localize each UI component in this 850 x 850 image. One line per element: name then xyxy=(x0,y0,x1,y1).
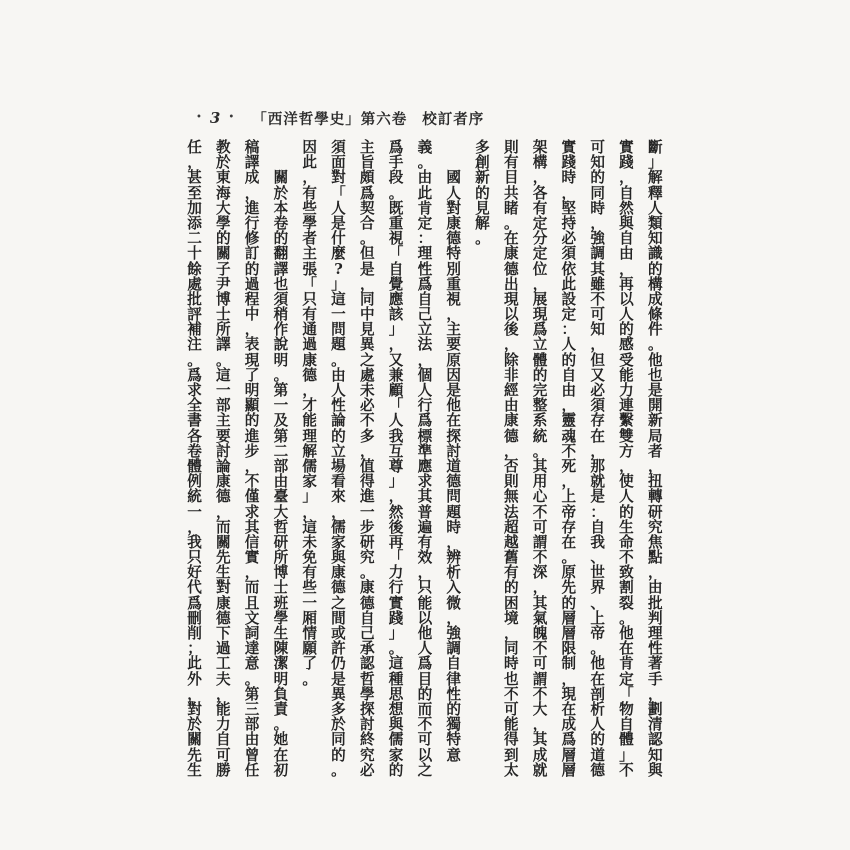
char-cell: 譯 xyxy=(216,337,231,352)
char-cell: 論 xyxy=(331,413,346,428)
char-cell: 於 xyxy=(331,717,346,732)
char-cell: 知 xyxy=(590,322,605,337)
char-cell: 顧 xyxy=(389,383,404,398)
char-cell: 書 xyxy=(187,413,202,428)
char-cell: 家 xyxy=(302,474,317,489)
char-cell: 的 xyxy=(389,763,404,778)
char-cell: 。 xyxy=(245,672,260,687)
text-column: 則有目共睹。在康德出現以後，除非經由康德，否則無法超越舊有的困境，同時也不可能得… xyxy=(504,140,519,778)
char-cell: 自 xyxy=(216,732,231,747)
char-cell: 關 xyxy=(216,246,231,261)
char-cell: 類 xyxy=(648,216,663,231)
char-cell: 明 xyxy=(273,353,288,368)
char-cell: 由 xyxy=(245,732,260,747)
char-cell: 削 xyxy=(187,626,202,641)
char-cell: 定 xyxy=(533,216,548,231)
char-cell: 學 xyxy=(216,216,231,231)
running-header: • 3 • 「西洋哲學史」第六卷 校訂者序 xyxy=(188,108,484,128)
char-cell: 人 xyxy=(561,337,576,352)
char-cell: 他 xyxy=(590,656,605,671)
char-cell: 他 xyxy=(417,626,432,641)
char-cell: 原 xyxy=(561,565,576,580)
char-cell: 層 xyxy=(561,748,576,763)
char-cell: ， xyxy=(216,687,231,702)
char-cell: 說 xyxy=(273,337,288,352)
char-cell: 強 xyxy=(590,231,605,246)
char-cell: 海 xyxy=(216,186,231,201)
header-dot-icon: • xyxy=(196,108,202,128)
char-cell: 論 xyxy=(216,459,231,474)
char-cell: 的 xyxy=(216,231,231,246)
char-cell: 也 xyxy=(273,277,288,292)
char-cell: 想 xyxy=(389,702,404,717)
char-cell: 的 xyxy=(561,596,576,611)
char-cell: 各 xyxy=(187,429,202,444)
char-cell: 體 xyxy=(619,732,634,747)
char-cell: 德 xyxy=(331,580,346,595)
char-cell: 譯 xyxy=(273,262,288,277)
char-cell: 卷 xyxy=(187,444,202,459)
char-cell: 其 xyxy=(417,489,432,504)
char-cell: 是 xyxy=(331,216,346,231)
char-cell: 有 xyxy=(533,201,548,216)
char-cell: 對 xyxy=(216,580,231,595)
char-cell: 應 xyxy=(417,459,432,474)
char-cell: 於 xyxy=(187,717,202,732)
char-cell: 子 xyxy=(216,262,231,277)
char-cell: 不 xyxy=(533,505,548,520)
char-cell: 兼 xyxy=(389,368,404,383)
char-cell: 我 xyxy=(590,535,605,550)
char-cell: ， xyxy=(417,353,432,368)
char-cell: 對 xyxy=(331,170,346,185)
char-cell: 謂 xyxy=(533,535,548,550)
char-cell: 時 xyxy=(504,656,519,671)
char-cell: 任 xyxy=(245,763,260,778)
char-cell: 責 xyxy=(273,702,288,717)
char-cell: 入 xyxy=(446,580,461,595)
char-cell: 法 xyxy=(504,505,519,520)
char-cell: ， xyxy=(446,535,461,550)
char-cell: 關 xyxy=(216,535,231,550)
char-cell: 見 xyxy=(475,201,490,216)
text-column: 實踐，自然與自由，再以人的感受能力連繫雙方，使人的生命不致割裂。他在肯定「物自體… xyxy=(619,140,634,778)
char-cell: 非 xyxy=(504,368,519,383)
char-cell: 轉 xyxy=(648,489,663,504)
char-cell: 求 xyxy=(245,505,260,520)
char-cell: 教 xyxy=(216,140,231,155)
char-cell: 謂 xyxy=(533,672,548,687)
char-cell: 生 xyxy=(187,763,202,778)
char-cell: 訂 xyxy=(245,246,260,261)
char-cell: 己 xyxy=(417,307,432,322)
char-cell: 來 xyxy=(331,489,346,504)
char-cell: 理 xyxy=(648,626,663,641)
char-cell: 又 xyxy=(389,353,404,368)
char-cell: 討 xyxy=(446,444,461,459)
char-cell: 要 xyxy=(216,429,231,444)
char-cell: 」 xyxy=(302,489,317,504)
char-cell: 自 xyxy=(619,231,634,246)
char-cell: 因 xyxy=(446,368,461,383)
char-cell: 以 xyxy=(504,307,519,322)
char-cell: 東 xyxy=(216,170,231,185)
char-cell: 太 xyxy=(504,763,519,778)
char-cell: 了 xyxy=(245,368,260,383)
char-cell: 部 xyxy=(245,717,260,732)
char-cell: 些 xyxy=(302,580,317,595)
book-page: • 3 • 「西洋哲學史」第六卷 校訂者序 斷」解釋人類知識的構成條件。他也是開… xyxy=(0,0,850,850)
char-cell: 只 xyxy=(417,580,432,595)
char-cell: ， xyxy=(389,489,404,504)
char-cell: ， xyxy=(187,687,202,702)
char-cell: 雖 xyxy=(590,277,605,292)
char-cell: 界 xyxy=(590,580,605,595)
char-cell: 大 xyxy=(216,201,231,216)
char-cell: 究 xyxy=(648,520,663,535)
char-cell: 以 xyxy=(417,748,432,763)
char-cell: ， xyxy=(417,565,432,580)
char-cell: ， xyxy=(533,277,548,292)
char-cell: 曾 xyxy=(245,748,260,763)
char-cell: 「 xyxy=(389,550,404,565)
char-cell: 爲 xyxy=(561,732,576,747)
char-cell: 其 xyxy=(245,520,260,535)
char-cell: 但 xyxy=(590,353,605,368)
char-cell: 人 xyxy=(331,201,346,216)
char-cell: 步 xyxy=(360,520,375,535)
char-cell: 關 xyxy=(187,732,202,747)
text-column: 實踐時，堅持必須依此設定：人的自由，靈魂不死，上帝存在。原先的層層限制，現在成爲… xyxy=(561,140,576,778)
char-cell: 不 xyxy=(504,687,519,702)
char-cell: 就 xyxy=(533,763,548,778)
char-cell: 互 xyxy=(389,444,404,459)
char-cell: 現 xyxy=(561,687,576,702)
char-cell: 對 xyxy=(187,702,202,717)
char-cell: 的 xyxy=(590,732,605,747)
char-cell: 生 xyxy=(216,565,231,580)
char-cell: 儒 xyxy=(389,732,404,747)
char-cell: 的 xyxy=(590,170,605,185)
char-cell: 一 xyxy=(302,596,317,611)
char-cell: 探 xyxy=(446,429,461,444)
char-cell: 學 xyxy=(360,687,375,702)
char-cell: 「 xyxy=(302,277,317,292)
char-cell: 家 xyxy=(331,535,346,550)
char-cell: 成 xyxy=(245,170,260,185)
char-cell: 自 xyxy=(417,292,432,307)
char-cell: 中 xyxy=(360,307,375,322)
char-cell: 厢 xyxy=(302,611,317,626)
char-cell: 行 xyxy=(245,216,260,231)
char-cell: 的 xyxy=(331,429,346,444)
char-cell: 未 xyxy=(302,535,317,550)
char-cell: 成 xyxy=(648,292,663,307)
char-cell: 我 xyxy=(389,429,404,444)
text-column: 爲手段。既重視「自覺應該」，又兼顧「人我互尊」，然後再「力行實踐」。這種思想與儒… xyxy=(389,140,404,778)
char-cell: 仍 xyxy=(331,656,346,671)
char-cell: 道 xyxy=(590,748,605,763)
char-cell: 位 xyxy=(533,262,548,277)
char-cell: ， xyxy=(619,170,634,185)
char-cell: 出 xyxy=(504,277,519,292)
char-cell: 判 xyxy=(648,611,663,626)
char-cell: 雙 xyxy=(619,429,634,444)
char-cell: 潔 xyxy=(273,656,288,671)
char-cell: 注 xyxy=(187,337,202,352)
char-cell: 不 xyxy=(561,444,576,459)
char-cell: 方 xyxy=(619,444,634,459)
char-cell: 臺 xyxy=(273,489,288,504)
char-cell: 展 xyxy=(533,292,548,307)
char-cell: 批 xyxy=(648,596,663,611)
char-cell: 靈 xyxy=(561,413,576,428)
char-cell: ， xyxy=(648,687,663,702)
text-column: 多創新的見解。 xyxy=(475,140,490,778)
char-cell: 準 xyxy=(417,444,432,459)
char-cell: 特 xyxy=(446,246,461,261)
char-cell: 其 xyxy=(533,596,548,611)
char-cell: 義 xyxy=(417,140,432,155)
char-cell: 能 xyxy=(619,368,634,383)
char-cell: 契 xyxy=(360,201,375,216)
char-cell: 「 xyxy=(331,186,346,201)
char-cell: 哲 xyxy=(360,672,375,687)
char-cell: 此 xyxy=(302,155,317,170)
char-cell: 德 xyxy=(360,596,375,611)
char-cell: 了 xyxy=(302,656,317,671)
char-cell: 代 xyxy=(187,580,202,595)
char-cell: 體 xyxy=(187,459,202,474)
char-cell: 未 xyxy=(360,383,375,398)
char-cell: 自 xyxy=(389,262,404,277)
char-cell: 探 xyxy=(360,702,375,717)
char-cell: ， xyxy=(504,337,519,352)
char-cell: 見 xyxy=(360,322,375,337)
text-column: 稿譯成，進行修訂的過程中，表現了明顯的進步，不僅求其信實，而且文詞達意。第三部由… xyxy=(245,140,260,778)
char-cell: 。 xyxy=(302,672,317,687)
char-cell: 然 xyxy=(389,505,404,520)
char-cell: ， xyxy=(590,337,605,352)
char-cell: 魂 xyxy=(561,429,576,444)
char-cell: 限 xyxy=(561,641,576,656)
char-cell: 在 xyxy=(619,641,634,656)
text-column: 義。由此肯定：理性爲自己立法，個人行爲標準應求其普遍有效，只能以他人爲目的而不可… xyxy=(417,140,432,778)
char-cell: 卷 xyxy=(273,216,288,231)
char-cell: 評 xyxy=(187,307,202,322)
char-cell: 是 xyxy=(360,262,375,277)
char-cell: 此 xyxy=(187,656,202,671)
char-cell: ： xyxy=(590,505,605,520)
char-cell: 之 xyxy=(331,596,346,611)
char-cell: 與 xyxy=(331,550,346,565)
char-cell: 。 xyxy=(561,550,576,565)
char-cell: 不 xyxy=(590,292,605,307)
char-cell: 班 xyxy=(273,596,288,611)
char-cell: 這 xyxy=(389,656,404,671)
char-cell: 共 xyxy=(504,186,519,201)
char-cell: 值 xyxy=(360,459,375,474)
char-cell: 立 xyxy=(533,337,548,352)
char-cell: 實 xyxy=(245,550,260,565)
char-cell: 堅 xyxy=(561,201,576,216)
char-cell: 的 xyxy=(245,262,260,277)
char-cell: 題 xyxy=(331,337,346,352)
char-cell: 進 xyxy=(360,489,375,504)
char-cell: 人 xyxy=(417,383,432,398)
char-cell: 陳 xyxy=(273,641,288,656)
char-cell: 三 xyxy=(245,702,260,717)
char-cell: 超 xyxy=(504,520,519,535)
char-cell: 法 xyxy=(417,337,432,352)
char-cell: 餘 xyxy=(187,262,202,277)
char-cell: 合 xyxy=(360,216,375,231)
char-cell: 於 xyxy=(273,186,288,201)
text-column: 斷」解釋人類知識的構成條件。他也是開新局者，扭轉研究焦點，由批判理性著手，劃清認… xyxy=(648,140,663,778)
char-cell: 調 xyxy=(590,246,605,261)
char-cell: ， xyxy=(245,186,260,201)
char-cell: 劃 xyxy=(648,702,663,717)
char-cell: 研 xyxy=(360,535,375,550)
char-cell: 稍 xyxy=(273,307,288,322)
char-cell: 其 xyxy=(533,459,548,474)
char-cell: 至 xyxy=(187,186,202,201)
char-cell: ， xyxy=(648,565,663,580)
text-column: 國人對康德特別重視，主要原因是他在探討道德問題時，辨析入微，強調自律性的獨特意 xyxy=(446,140,461,778)
text-column: 任，甚至加添二十餘處批評補注。爲求全書各卷體例統一，我只好代爲刪削；此外，對於關… xyxy=(187,140,202,778)
char-cell: 立 xyxy=(417,322,432,337)
char-cell: 覺 xyxy=(389,277,404,292)
char-cell: 統 xyxy=(533,429,548,444)
char-cell: 些 xyxy=(302,201,317,216)
char-cell: 種 xyxy=(389,672,404,687)
char-cell: 爲 xyxy=(417,413,432,428)
char-cell: 普 xyxy=(417,505,432,520)
char-cell: 德 xyxy=(446,474,461,489)
char-cell: 現 xyxy=(504,292,519,307)
char-cell: 系 xyxy=(533,413,548,428)
char-cell: 德 xyxy=(216,611,231,626)
char-cell: 哲 xyxy=(273,520,288,535)
char-cell: 的 xyxy=(619,505,634,520)
char-cell: 定 xyxy=(619,672,634,687)
char-cell: 應 xyxy=(389,292,404,307)
char-cell: 必 xyxy=(561,231,576,246)
char-cell: 康 xyxy=(446,216,461,231)
char-cell: ， xyxy=(446,307,461,322)
char-cell: 上 xyxy=(590,611,605,626)
char-cell: 必 xyxy=(590,383,605,398)
char-cell: ， xyxy=(360,444,375,459)
char-cell: 康 xyxy=(504,246,519,261)
char-cell: 。 xyxy=(533,444,548,459)
char-cell: 研 xyxy=(273,535,288,550)
char-cell: 物 xyxy=(619,702,634,717)
char-cell: 己 xyxy=(360,626,375,641)
char-cell: 可 xyxy=(533,520,548,535)
char-cell: 能 xyxy=(216,702,231,717)
char-cell: 博 xyxy=(216,292,231,307)
char-cell: 而 xyxy=(216,520,231,535)
char-cell: 由 xyxy=(417,170,432,185)
char-cell: 處 xyxy=(360,368,375,383)
char-cell: 多 xyxy=(331,702,346,717)
char-cell: 困 xyxy=(504,596,519,611)
char-cell: 有 xyxy=(504,155,519,170)
char-cell: 求 xyxy=(417,474,432,489)
char-cell: 或 xyxy=(331,626,346,641)
char-cell: 頗 xyxy=(360,170,375,185)
char-cell: ， xyxy=(561,474,576,489)
char-cell: 魄 xyxy=(533,626,548,641)
char-cell: 構 xyxy=(648,277,663,292)
char-cell: ， xyxy=(446,611,461,626)
text-column: 教於東海大學的關子尹博士所譯。這一部主要討論康德，而關先生對康德下過工夫，能力自… xyxy=(216,140,231,778)
char-cell: 經 xyxy=(504,383,519,398)
char-cell: 的 xyxy=(648,262,663,277)
char-cell: 須 xyxy=(273,292,288,307)
char-cell: 的 xyxy=(504,580,519,595)
char-cell: 「 xyxy=(619,687,634,702)
char-cell: 時 xyxy=(590,201,605,216)
char-cell: 士 xyxy=(216,307,231,322)
char-cell: 德 xyxy=(590,763,605,778)
char-cell: 踐 xyxy=(561,155,576,170)
char-cell: 同 xyxy=(331,732,346,747)
char-cell: 那 xyxy=(590,459,605,474)
char-cell: ； xyxy=(187,641,202,656)
char-cell: ， xyxy=(302,505,317,520)
char-cell: 步 xyxy=(245,444,260,459)
char-cell: 在 xyxy=(273,748,288,763)
char-cell: 可 xyxy=(216,748,231,763)
char-cell: 微 xyxy=(446,596,461,611)
char-cell: 十 xyxy=(187,246,202,261)
char-cell: 明 xyxy=(273,672,288,687)
char-cell: ， xyxy=(245,565,260,580)
char-cell: 該 xyxy=(389,307,404,322)
char-cell: 此 xyxy=(417,186,432,201)
char-cell: 是 xyxy=(446,383,461,398)
char-cell: 自 xyxy=(561,368,576,383)
char-cell: 以 xyxy=(417,611,432,626)
char-cell: 上 xyxy=(561,489,576,504)
char-cell: 力 xyxy=(619,383,634,398)
char-cell: 」 xyxy=(331,277,346,292)
char-cell: 各 xyxy=(533,186,548,201)
char-cell: 看 xyxy=(331,474,346,489)
char-cell: 程 xyxy=(245,292,260,307)
char-cell: 。 xyxy=(619,611,634,626)
char-cell: 須 xyxy=(331,140,346,155)
char-cell: 康 xyxy=(302,353,317,368)
char-cell: 新 xyxy=(475,170,490,185)
char-cell: 要 xyxy=(446,337,461,352)
char-cell: 深 xyxy=(533,565,548,580)
char-cell: 生 xyxy=(619,520,634,535)
char-cell: 他 xyxy=(619,626,634,641)
char-cell: 則 xyxy=(504,140,519,155)
char-cell: 且 xyxy=(245,596,260,611)
char-cell: 士 xyxy=(273,580,288,595)
char-cell: 析 xyxy=(590,702,605,717)
char-cell: 與 xyxy=(619,216,634,231)
char-cell: 場 xyxy=(331,459,346,474)
char-cell: 所 xyxy=(273,550,288,565)
char-cell: 麼 xyxy=(331,246,346,261)
char-cell: 人 xyxy=(619,307,634,322)
char-cell: 能 xyxy=(417,596,432,611)
